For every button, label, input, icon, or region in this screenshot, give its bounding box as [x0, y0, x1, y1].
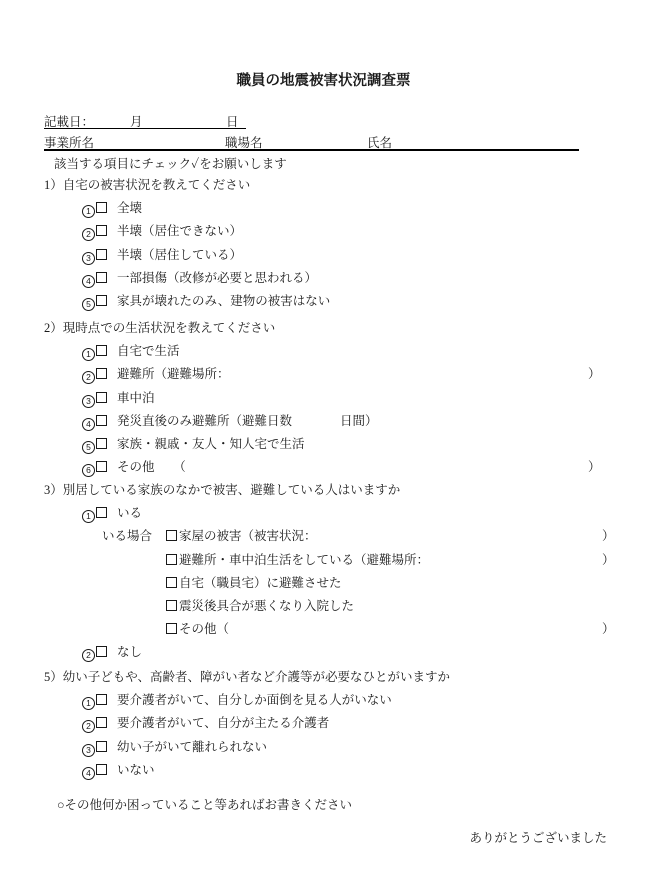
option-row: 3幼い子がいて離れられない	[44, 736, 619, 759]
option-text: 車中泊	[117, 391, 155, 405]
checkbox-icon[interactable]	[96, 415, 107, 426]
option-text: いる	[117, 506, 142, 520]
option-row: 1いる	[44, 502, 619, 525]
circled-number: 5	[82, 298, 95, 311]
checkbox-icon[interactable]	[96, 249, 107, 260]
option-row: 3車中泊	[44, 387, 619, 410]
checkbox-icon[interactable]	[96, 694, 107, 705]
checkbox-icon[interactable]	[96, 295, 107, 306]
name-label: 氏名	[367, 133, 392, 151]
option-text: 全壊	[117, 201, 142, 215]
sub-prompt-label: いる場合	[102, 525, 152, 548]
paren-suffix: ）	[588, 363, 601, 386]
date-field-line[interactable]: 記載日： 月 日	[44, 111, 246, 129]
option-text: 幼い子がいて離れられない	[117, 740, 267, 754]
circled-number: 3	[82, 395, 95, 408]
checkbox-icon[interactable]	[96, 202, 107, 213]
sub-option-text: 震災後具合が悪くなり入院した	[179, 599, 354, 613]
circled-number: 1	[82, 205, 95, 218]
checkbox-icon[interactable]	[166, 530, 177, 541]
option-row: 3半壊（居住している）	[44, 244, 619, 267]
option-row: 1自宅で生活	[44, 340, 619, 363]
sub-option-text: 家屋の被害（被害状況：	[179, 529, 317, 543]
option-row: 6その他 （ ）	[44, 456, 619, 479]
sub-option-text: 自宅（職員宅）に避難させた	[179, 576, 342, 590]
checkbox-icon[interactable]	[166, 577, 177, 588]
sub-option-text: 避難所・車中泊生活をしている（避難場所：	[179, 553, 429, 567]
checkbox-icon[interactable]	[166, 623, 177, 634]
sub-option-text: その他（	[179, 622, 229, 636]
closing-text: ありがとうございました	[469, 827, 607, 850]
option-text: 発災直後のみ避難所（避難日数	[117, 414, 292, 428]
checkbox-icon[interactable]	[96, 646, 107, 657]
circled-number: 3	[82, 744, 95, 757]
section-heading: 2）現時点での生活状況を教えてください	[44, 317, 619, 340]
checkbox-icon[interactable]	[166, 600, 177, 611]
page-title: 職員の地震被害状況調査票	[0, 69, 647, 90]
circled-number: 1	[82, 697, 95, 710]
option-row: 2要介護者がいて、自分が主たる介護者	[44, 712, 619, 735]
section-heading: 5）幼い子どもや、高齢者、障がい者など介護等が必要なひとがいますか	[44, 666, 619, 689]
option-row: 5家具が壊れたのみ、建物の被害はない	[44, 290, 619, 313]
checkbox-icon[interactable]	[96, 225, 107, 236]
checkbox-icon[interactable]	[96, 345, 107, 356]
identity-field-line[interactable]: 事業所名 職場名 氏名	[44, 132, 579, 151]
circled-number: 3	[82, 252, 95, 265]
days-unit-label: 日間）	[340, 410, 378, 433]
option-row: 2半壊（居住できない）	[44, 220, 619, 243]
sub-option-row: 避難所・車中泊生活をしている（避難場所： ）	[44, 549, 619, 572]
checkbox-icon[interactable]	[96, 392, 107, 403]
option-text: 家族・親戚・友人・知人宅で生活	[117, 437, 305, 451]
option-text: なし	[117, 645, 142, 659]
checkbox-icon[interactable]	[96, 741, 107, 752]
option-text: いない	[117, 763, 155, 777]
section-heading: 1）自宅の被害状況を教えてください	[44, 174, 619, 197]
option-text: 半壊（居住している）	[117, 248, 242, 262]
date-label: 記載日：	[44, 112, 94, 130]
paren-suffix: ）	[602, 525, 615, 548]
workplace-label: 職場名	[225, 133, 263, 151]
checkbox-icon[interactable]	[96, 764, 107, 775]
option-row: 2なし	[44, 641, 619, 664]
circled-number: 2	[82, 720, 95, 733]
day-label: 日	[226, 112, 239, 130]
checkbox-icon[interactable]	[166, 554, 177, 565]
sub-option-row: 震災後具合が悪くなり入院した	[44, 595, 619, 618]
option-row: 4一部損傷（改修が必要と思われる）	[44, 267, 619, 290]
option-text: 一部損傷（改修が必要と思われる）	[117, 271, 317, 285]
option-row: 1要介護者がいて、自分しか面倒を見る人がいない	[44, 689, 619, 712]
sub-option-row: いる場合 家屋の被害（被害状況： ）	[44, 525, 619, 548]
office-label: 事業所名	[44, 133, 94, 151]
paren-suffix: ）	[588, 456, 601, 479]
option-row: 4いない	[44, 759, 619, 782]
option-row: 5家族・親戚・友人・知人宅で生活	[44, 433, 619, 456]
checkbox-icon[interactable]	[96, 717, 107, 728]
section-living-situation: 2）現時点での生活状況を教えてください 1自宅で生活 2避難所（避難場所： ） …	[44, 317, 619, 479]
circled-number: 4	[82, 767, 95, 780]
circled-number: 5	[82, 441, 95, 454]
section-separated-family: 3）別居している家族のなかで被害、避難している人はいますか 1いる いる場合 家…	[44, 479, 619, 665]
section-care-needs: 5）幼い子どもや、高齢者、障がい者など介護等が必要なひとがいますか 1要介護者が…	[44, 666, 619, 782]
checkbox-icon[interactable]	[96, 461, 107, 472]
option-text: 自宅で生活	[117, 344, 180, 358]
sub-option-row: 自宅（職員宅）に避難させた	[44, 572, 619, 595]
free-text-prompt: ○その他何か困っていること等あればお書きください	[57, 794, 352, 817]
option-row: 2避難所（避難場所： ）	[44, 363, 619, 386]
checkbox-icon[interactable]	[96, 272, 107, 283]
section-heading: 3）別居している家族のなかで被害、避難している人はいますか	[44, 479, 619, 502]
checkbox-icon[interactable]	[96, 368, 107, 379]
option-text: 避難所（避難場所：	[117, 367, 230, 381]
checkbox-icon[interactable]	[96, 438, 107, 449]
option-text: 要介護者がいて、自分が主たる介護者	[117, 716, 329, 730]
option-row: 4発災直後のみ避難所（避難日数 日間）	[44, 410, 619, 433]
option-row: 1全壊	[44, 197, 619, 220]
circled-number: 4	[82, 275, 95, 288]
checkbox-icon[interactable]	[96, 507, 107, 518]
circled-number: 2	[82, 371, 95, 384]
survey-form-page: 職員の地震被害状況調査票 記載日： 月 日 事業所名 職場名 氏名 該当する項目…	[0, 0, 647, 886]
circled-number: 2	[82, 649, 95, 662]
paren-suffix: ）	[602, 618, 615, 641]
circled-number: 1	[82, 510, 95, 523]
circled-number: 6	[82, 464, 95, 477]
sub-option-row: その他（ ）	[44, 618, 619, 641]
paren-suffix: ）	[602, 549, 615, 572]
circled-number: 2	[82, 228, 95, 241]
option-text: 家具が壊れたのみ、建物の被害はない	[117, 294, 330, 308]
circled-number: 1	[82, 348, 95, 361]
section-home-damage: 1）自宅の被害状況を教えてください 1全壊 2半壊（居住できない） 3半壊（居住…	[44, 174, 619, 313]
option-text: 半壊（居住できない）	[117, 224, 242, 238]
option-text: その他 （	[117, 460, 186, 474]
instruction-text: 該当する項目にチェック✓をお願いします	[54, 153, 287, 176]
option-text: 要介護者がいて、自分しか面倒を見る人がいない	[117, 693, 392, 707]
month-label: 月	[130, 112, 143, 130]
circled-number: 4	[82, 418, 95, 431]
